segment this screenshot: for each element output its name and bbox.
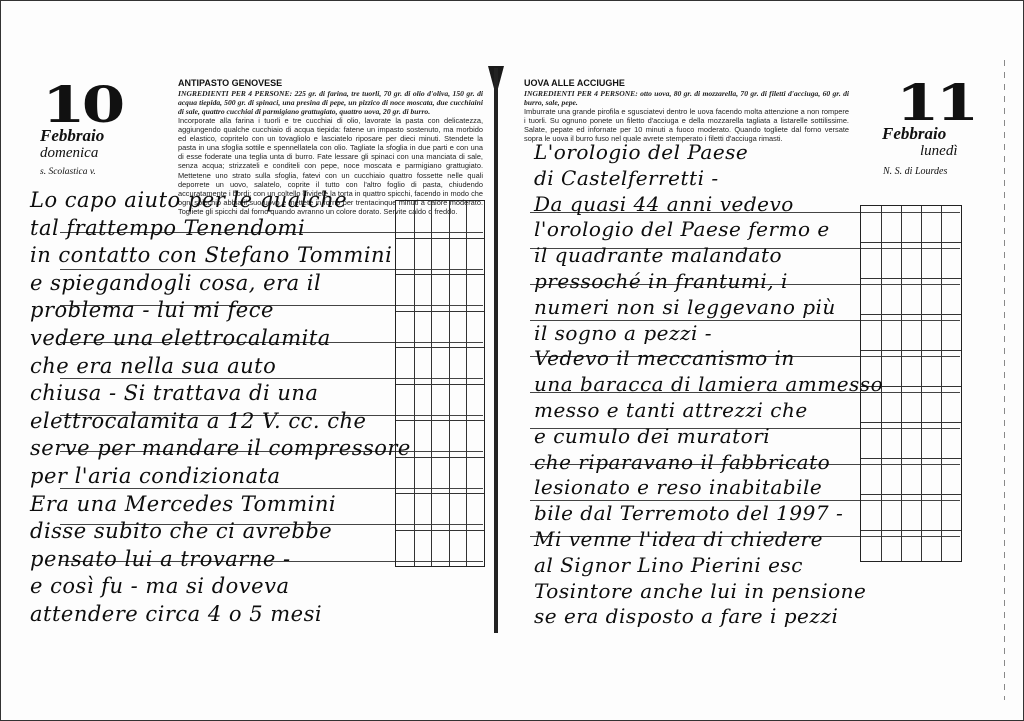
handwritten-line: il quadrante malandato	[534, 243, 782, 267]
handwritten-line: L'orologio del Paese	[534, 140, 748, 164]
handwritten-line: al Signor Lino Pierini esc	[534, 553, 803, 577]
grid-row-line	[861, 530, 961, 531]
handwritten-line: lesionato e reso inabitabile	[534, 475, 822, 499]
grid-row-line	[861, 422, 961, 423]
grid-row-line	[861, 314, 961, 315]
diary-page-february-11: UOVA ALLE ACCIUGHE INGREDIENTI PER 4 PER…	[500, 0, 1024, 721]
month-label: Febbraio	[882, 124, 946, 144]
scan-edge-shadow	[1004, 60, 1005, 700]
handwritten-line: pressoché in frantumi, i	[534, 269, 788, 293]
month-label: Febbraio	[40, 126, 104, 146]
recipe-ingredients: INGREDIENTI PER 4 PERSONE: otto uova, 80…	[524, 89, 849, 107]
handwritten-line: Da quasi 44 anni vedevo	[534, 192, 794, 216]
grid-column-line	[921, 206, 922, 561]
grid-row-line	[861, 458, 961, 459]
grid-row-line	[396, 493, 484, 494]
grid-row-line	[396, 274, 484, 275]
diary-page-february-10: 10 Febbraio domenica s. Scolastica v. AN…	[0, 0, 496, 721]
grid-row-line	[861, 494, 961, 495]
grid-row-line	[861, 242, 961, 243]
page-binding	[494, 68, 498, 633]
handwritten-line: tal frattempo Tenendomi	[30, 216, 305, 240]
handwritten-line: l'orologio del Paese fermo e	[534, 217, 830, 241]
grid-row-line	[396, 238, 484, 239]
grid-column-line	[941, 206, 942, 561]
grid-row-line	[861, 350, 961, 351]
weekday-label: lunedì	[920, 143, 958, 160]
grid-row-line	[396, 347, 484, 348]
recipe-block: UOVA ALLE ACCIUGHE INGREDIENTI PER 4 PER…	[524, 78, 849, 143]
handwritten-line: Lo capo aiuto per le qualche	[30, 188, 347, 212]
grid-row-line	[861, 278, 961, 279]
handwritten-line: vedere una elettrocalamita	[30, 326, 331, 350]
saint-of-day: N. S. di Lourdes	[883, 166, 947, 177]
handwritten-line: chiusa - Si trattava di una	[30, 381, 318, 405]
handwritten-line: una baracca di lamiera ammesso	[534, 372, 883, 396]
grid-row-line	[396, 384, 484, 385]
handwritten-line: Mi venne l'idea di chiedere	[534, 527, 823, 551]
weekday-label: domenica	[40, 145, 98, 162]
handwritten-line: e cumulo dei muratori	[534, 424, 770, 448]
handwritten-line: in contatto con Stefano Tommini	[30, 243, 392, 267]
notes-grid	[395, 200, 485, 567]
recipe-ingredients: INGREDIENTI PER 4 PERSONE: 225 gr. di fa…	[178, 89, 483, 116]
handwritten-line: disse subito che ci avrebbe	[30, 519, 332, 543]
handwritten-line: che riparavano il fabbricato	[534, 450, 830, 474]
grid-row-line	[396, 420, 484, 421]
grid-row-line	[396, 530, 484, 531]
handwritten-line: bile dal Terremoto del 1997 -	[534, 501, 843, 525]
handwritten-line: che era nella sua auto	[30, 354, 276, 378]
recipe-title: UOVA ALLE ACCIUGHE	[524, 78, 849, 89]
grid-column-line	[901, 206, 902, 561]
handwritten-line: Era una Mercedes Tommini	[30, 492, 336, 516]
handwritten-line: e così fu - ma si doveva	[30, 574, 289, 598]
grid-row-line	[396, 311, 484, 312]
handwritten-line: numeri non si leggevano più	[534, 295, 836, 319]
handwritten-line: serve per mandare il compressore	[30, 436, 411, 460]
handwritten-line: per l'aria condizionata	[30, 464, 281, 488]
saint-of-day: s. Scolastica v.	[40, 167, 96, 177]
handwritten-line: di Castelferretti -	[534, 166, 719, 190]
handwritten-line: e spiegandogli cosa, era il	[30, 271, 321, 295]
handwritten-line: Tosintore anche lui in pensione	[534, 579, 866, 603]
day-number: 10	[42, 80, 121, 130]
recipe-title: ANTIPASTO GENOVESE	[178, 78, 483, 89]
handwritten-line: pensato lui a trovarne -	[30, 547, 291, 571]
handwritten-line: messo e tanti attrezzi che	[534, 398, 808, 422]
day-number: 11	[896, 78, 975, 128]
recipe-instructions: Imburrate una grande pirofila e sgusciat…	[524, 107, 849, 143]
handwritten-line: Vedevo il meccanismo in	[534, 346, 795, 370]
handwritten-line: elettrocalamita a 12 V. cc. che	[30, 409, 366, 433]
handwritten-line: attendere circa 4 o 5 mesi	[30, 602, 322, 626]
handwritten-line: se era disposto a fare i pezzi	[534, 604, 838, 628]
handwritten-line: il sogno a pezzi -	[534, 321, 712, 345]
handwritten-line: problema - lui mi fece	[30, 298, 274, 322]
